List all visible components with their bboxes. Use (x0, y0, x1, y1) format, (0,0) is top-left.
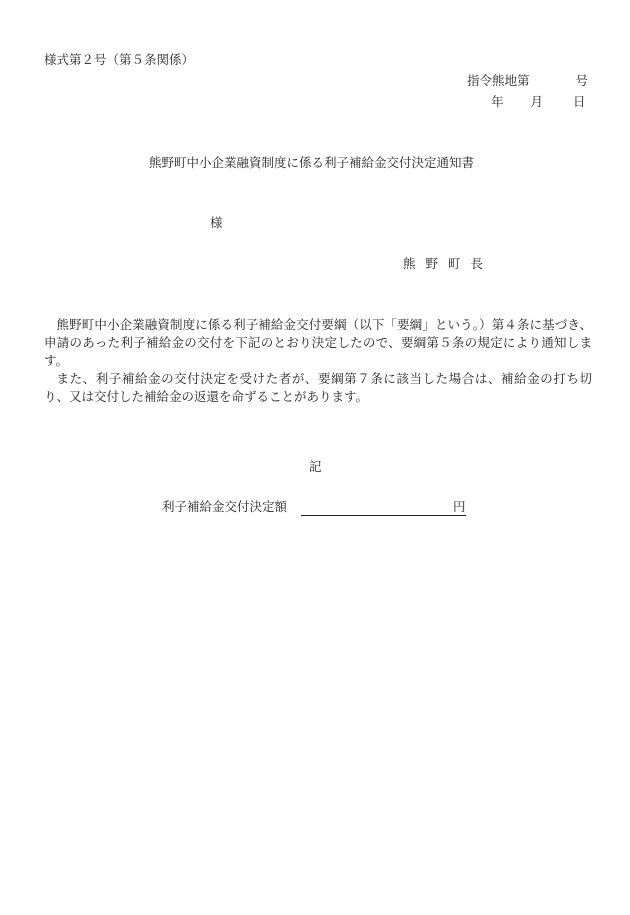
date-day: 日 (573, 94, 586, 109)
amount-label: 利子補給金交付決定額 (162, 499, 287, 515)
date-year: 年 (491, 94, 504, 109)
amount-value-field[interactable] (301, 501, 453, 516)
ki-heading: 記 (309, 459, 322, 475)
document-title: 熊野町中小企業融資制度に係る利子補給金交付決定通知書 (149, 155, 474, 171)
amount-unit: 円 (453, 499, 466, 516)
body-text: 熊野町中小企業融資制度に係る利子補給金交付要綱（以下「要綱」という。）第４条に基… (44, 316, 592, 406)
reference-prefix: 指令熊地第 (467, 73, 530, 88)
issuer-name: 熊野町長 (403, 256, 493, 272)
amount-line: 利子補給金交付決定額円 (162, 499, 466, 516)
reference-suffix: 号 (576, 73, 589, 88)
addressee-suffix: 様 (210, 215, 223, 231)
body-paragraph: また、利子補給金の交付決定を受けた者が、要綱第７条に該当した場合は、補給金の打ち… (44, 370, 592, 406)
body-paragraph: 熊野町中小企業融資制度に係る利子補給金交付要綱（以下「要綱」という。）第４条に基… (44, 316, 592, 370)
date-month: 月 (531, 94, 544, 109)
form-number: 様式第２号（第５条関係） (44, 52, 194, 68)
reference-number: 指令熊地第号 (467, 73, 588, 89)
issue-date: 年月日 (491, 94, 586, 110)
